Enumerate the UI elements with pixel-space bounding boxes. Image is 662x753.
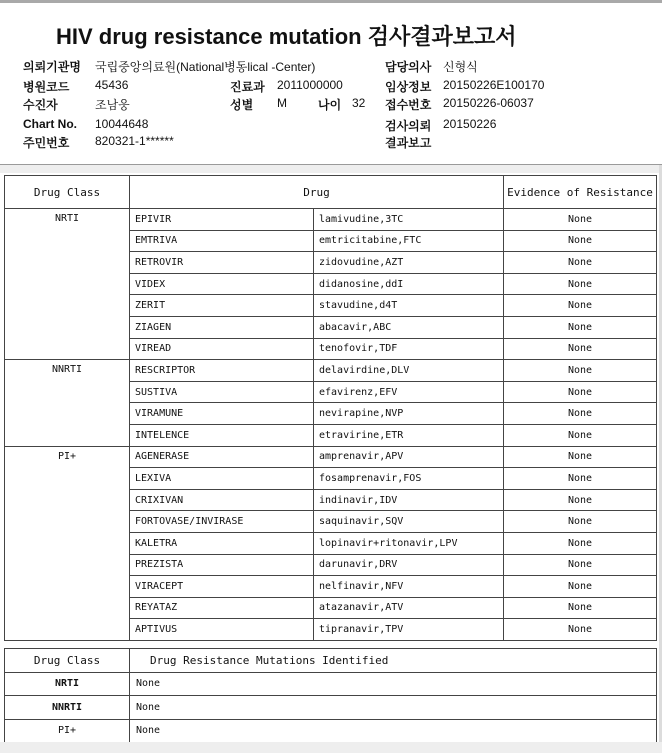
receipt-label: 접수번호 <box>385 98 431 112</box>
mutation-class-cell: NNRTI <box>5 696 130 720</box>
hospital-code-value: 45436 <box>95 78 128 92</box>
evidence-cell: None <box>504 468 657 490</box>
brand-cell: KALETRA <box>130 532 314 554</box>
table-row: NNRTI RESCRIPTOR delavirdine,DLV None <box>5 360 657 382</box>
age-field: 나이 32 <box>318 96 341 113</box>
clinical-label: 임상정보 <box>385 80 431 94</box>
generic-cell: lamivudine,3TC <box>314 209 504 231</box>
patient-value: 조남웅 <box>95 96 130 113</box>
evidence-cell: None <box>504 252 657 274</box>
drug-class-cell: NRTI <box>5 209 130 360</box>
evidence-cell: None <box>504 230 657 252</box>
hospital-code-field: 병원코드 45436 <box>23 78 69 95</box>
clinical-value: 20150226E100170 <box>443 78 544 92</box>
brand-cell: RETROVIR <box>130 252 314 274</box>
age-value: 32 <box>352 96 365 110</box>
mutations-header-class: Drug Class <box>5 649 130 673</box>
evidence-cell: None <box>504 381 657 403</box>
brand-cell: PREZISTA <box>130 554 314 576</box>
evidence-cell: None <box>504 576 657 598</box>
doctor-value: 신형식 <box>443 58 478 75</box>
evidence-cell: None <box>504 403 657 425</box>
mutation-class-cell: NRTI <box>5 672 130 696</box>
brand-cell: EMTRIVA <box>130 230 314 252</box>
department-label: 진료과 <box>230 80 265 94</box>
age-label: 나이 <box>318 98 341 112</box>
generic-cell: zidovudine,AZT <box>314 252 504 274</box>
doctor-label: 담당의사 <box>385 60 431 74</box>
evidence-cell: None <box>504 209 657 231</box>
brand-cell: ZIAGEN <box>130 316 314 338</box>
evidence-cell: None <box>504 273 657 295</box>
mutation-class-cell: PI+ <box>5 719 130 743</box>
table-row: NRTI EPIVIR lamivudine,3TC None <box>5 209 657 231</box>
evidence-cell: None <box>504 360 657 382</box>
mutations-table: Drug Class Drug Resistance Mutations Ide… <box>4 648 657 743</box>
request-label: 검사의뢰 <box>385 119 431 133</box>
patient-label: 수진자 <box>23 98 58 112</box>
brand-cell: ZERIT <box>130 295 314 317</box>
sex-value: M <box>277 96 287 110</box>
receipt-value: 20150226-06037 <box>443 96 534 110</box>
generic-cell: delavirdine,DLV <box>314 360 504 382</box>
brand-cell: VIDEX <box>130 273 314 295</box>
brand-cell: RESCRIPTOR <box>130 360 314 382</box>
drug-class-cell: NNRTI <box>5 360 130 446</box>
sex-label: 성별 <box>230 98 253 112</box>
brand-cell: LEXIVA <box>130 468 314 490</box>
rrn-label: 주민번호 <box>23 136 69 150</box>
evidence-cell: None <box>504 295 657 317</box>
rrn-value: 820321-1****** <box>95 134 174 148</box>
generic-cell: didanosine,ddI <box>314 273 504 295</box>
brand-cell: INTELENCE <box>130 424 314 446</box>
brand-cell: EPIVIR <box>130 209 314 231</box>
header-drug-class: Drug Class <box>5 176 130 209</box>
sex-field: 성별 M <box>230 96 253 113</box>
table-row: PI+ None <box>5 719 657 743</box>
drug-class-cell: PI+ <box>5 446 130 640</box>
brand-cell: FORTOVASE/INVIRASE <box>130 511 314 533</box>
evidence-cell: None <box>504 511 657 533</box>
chart-field: Chart No. 10044648 <box>23 117 77 131</box>
evidence-cell: None <box>504 532 657 554</box>
evidence-cell: None <box>504 338 657 360</box>
generic-cell: atazanavir,ATV <box>314 597 504 619</box>
request-value: 20150226 <box>443 117 496 131</box>
brand-cell: CRIXIVAN <box>130 489 314 511</box>
department-value: 2011000000 <box>277 78 343 92</box>
institution-value: 국립중앙의료원(National병동lical -Center) <box>95 58 315 75</box>
brand-cell: SUSTIVA <box>130 381 314 403</box>
section-separator <box>0 164 662 173</box>
evidence-cell: None <box>504 424 657 446</box>
generic-cell: tipranavir,TPV <box>314 619 504 641</box>
doctor-field: 담당의사 신형식 <box>385 58 431 75</box>
generic-cell: saquinavir,SQV <box>314 511 504 533</box>
brand-cell: AGENERASE <box>130 446 314 468</box>
mutation-value-cell: None <box>130 719 657 743</box>
evidence-cell: None <box>504 619 657 641</box>
generic-cell: amprenavir,APV <box>314 446 504 468</box>
table-row: PI+ AGENERASE amprenavir,APV None <box>5 446 657 468</box>
header-drug: Drug <box>130 176 504 209</box>
brand-cell: REYATAZ <box>130 597 314 619</box>
top-border <box>0 0 662 3</box>
chart-value: 10044648 <box>95 117 148 131</box>
table-header-row: Drug Class Drug Evidence of Resistance <box>5 176 657 209</box>
department-field: 진료과 2011000000 <box>230 78 265 95</box>
generic-cell: nevirapine,NVP <box>314 403 504 425</box>
result-label: 결과보고 <box>385 136 431 150</box>
request-field: 검사의뢰 20150226 <box>385 117 431 134</box>
generic-cell: indinavir,IDV <box>314 489 504 511</box>
mutations-header-row: Drug Class Drug Resistance Mutations Ide… <box>5 649 657 673</box>
hospital-code-label: 병원코드 <box>23 80 69 94</box>
drug-resistance-table: Drug Class Drug Evidence of Resistance N… <box>4 175 657 641</box>
generic-cell: etravirine,ETR <box>314 424 504 446</box>
table-row: NRTI None <box>5 672 657 696</box>
clinical-field: 임상정보 20150226E100170 <box>385 78 431 95</box>
generic-cell: fosamprenavir,FOS <box>314 468 504 490</box>
institution-field: 의뢰기관명 국립중앙의료원(National병동lical -Center) <box>23 58 81 75</box>
chart-label: Chart No. <box>23 117 77 131</box>
table-row: NNRTI None <box>5 696 657 720</box>
generic-cell: lopinavir+ritonavir,LPV <box>314 532 504 554</box>
patient-field: 수진자 조남웅 <box>23 96 58 113</box>
evidence-cell: None <box>504 554 657 576</box>
evidence-cell: None <box>504 316 657 338</box>
generic-cell: tenofovir,TDF <box>314 338 504 360</box>
rrn-field: 주민번호 820321-1****** <box>23 134 69 151</box>
brand-cell: APTIVUS <box>130 619 314 641</box>
generic-cell: nelfinavir,NFV <box>314 576 504 598</box>
brand-cell: VIRAMUNE <box>130 403 314 425</box>
evidence-cell: None <box>504 597 657 619</box>
mutations-header-identified: Drug Resistance Mutations Identified <box>130 649 657 673</box>
receipt-field: 접수번호 20150226-06037 <box>385 96 431 113</box>
brand-cell: VIRACEPT <box>130 576 314 598</box>
mutation-value-cell: None <box>130 672 657 696</box>
evidence-cell: None <box>504 489 657 511</box>
header-evidence: Evidence of Resistance <box>504 176 657 209</box>
evidence-cell: None <box>504 446 657 468</box>
institution-label: 의뢰기관명 <box>23 60 81 74</box>
generic-cell: emtricitabine,FTC <box>314 230 504 252</box>
report-title: HIV drug resistance mutation 검사결과보고서 <box>56 20 517 51</box>
mutation-value-cell: None <box>130 696 657 720</box>
generic-cell: abacavir,ABC <box>314 316 504 338</box>
brand-cell: VIREAD <box>130 338 314 360</box>
generic-cell: stavudine,d4T <box>314 295 504 317</box>
generic-cell: darunavir,DRV <box>314 554 504 576</box>
generic-cell: efavirenz,EFV <box>314 381 504 403</box>
result-field: 결과보고 <box>385 134 431 151</box>
bottom-margin <box>0 742 662 753</box>
